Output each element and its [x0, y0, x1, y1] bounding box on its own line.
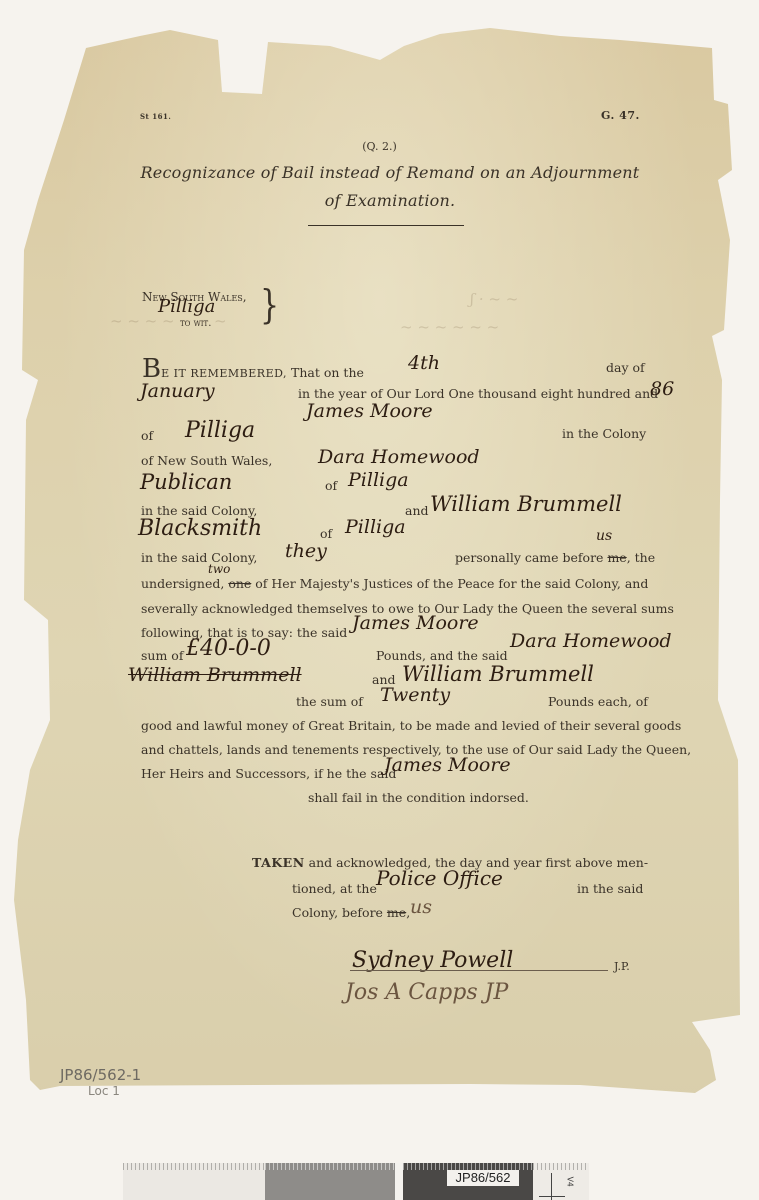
in-the-colony: in the Colony: [562, 428, 646, 441]
heirs-name-handwritten: James Moore: [384, 754, 511, 776]
taken-line3: Colony, before me,: [292, 907, 410, 920]
day-of-label: day of: [606, 362, 645, 375]
office-handwritten: Police Office: [376, 866, 503, 890]
form-code-left: St 161.: [140, 112, 171, 121]
signature-line: [350, 970, 608, 971]
justices-text: undersigned, one of Her Majesty's Justic…: [141, 578, 648, 591]
taken-line2-b: in the said: [577, 883, 643, 896]
principal-name-handwritten: James Moore: [306, 400, 433, 422]
form-title-line2: of Examination.: [110, 191, 670, 210]
venue-to-wit: to wit.: [180, 318, 211, 329]
of-label-3: of: [320, 528, 332, 541]
ruler-label: JP86/562: [447, 1170, 519, 1186]
personally-came-text: personally came before me, the: [455, 552, 655, 565]
two-insert-handwritten: two: [208, 562, 230, 576]
struck-name-handwritten: William Brummell: [128, 664, 302, 686]
surety1-occupation-handwritten: Publican: [140, 470, 232, 494]
pencil-reference-2: Loc 1: [88, 1084, 120, 1098]
sum-of-label: sum of: [141, 650, 183, 663]
month-handwritten: January: [140, 380, 215, 402]
of-label: of: [141, 430, 153, 443]
form-number: (Q. 2.): [0, 140, 759, 153]
pounds-and-said: Pounds, and the said: [376, 650, 508, 663]
surety2-occupation-handwritten: Blacksmith: [138, 516, 262, 541]
bleed-through-text: ~ ~ ~ ~ ~ ~: [400, 318, 499, 336]
surety1-name-handwritten: Dara Homewood: [318, 446, 480, 468]
surety1-name2-handwritten: Dara Homewood: [510, 630, 672, 652]
principal-sum-handwritten: £40-0-0: [186, 636, 271, 661]
pounds-each: Pounds each, of: [548, 696, 648, 709]
us-insert-handwritten: us: [596, 528, 612, 544]
surety2-name-handwritten: William Brummell: [430, 492, 622, 516]
surety2-place-handwritten: Pilliga: [345, 516, 406, 538]
year-text: in the year of Our Lord One thousand eig…: [298, 388, 658, 401]
ruler-mark: V4: [565, 1177, 574, 1187]
the-sum-of-label: the sum of: [296, 696, 363, 709]
and-label: and: [405, 505, 429, 518]
principal-place-handwritten: Pilliga: [185, 418, 255, 443]
they-handwritten: they: [285, 540, 327, 562]
following-name-handwritten: James Moore: [352, 612, 479, 634]
venue-place-handwritten: Pilliga: [158, 296, 215, 317]
of-label-2: of: [325, 480, 337, 493]
us-handwritten: us: [410, 896, 432, 918]
form-code-right: G. 47.: [601, 109, 640, 122]
fail-condition-text: shall fail in the condition indorsed.: [308, 792, 529, 805]
be-it-remembered: Be it remembered, That on the: [142, 356, 364, 382]
title-divider: [308, 225, 464, 226]
in-said-colony-2: in the said Colony,: [141, 552, 257, 565]
year-handwritten: 86: [650, 378, 674, 400]
scale-ruler: JP86/562 V4: [123, 1163, 589, 1200]
surety-sum-handwritten: Twenty: [380, 684, 450, 706]
taken-line2-a: tioned, at the: [292, 883, 377, 896]
form-title-line1: Recognizance of Bail instead of Remand o…: [110, 163, 670, 182]
surety2-name2-handwritten: William Brummell: [402, 662, 594, 686]
day-handwritten: 4th: [408, 352, 440, 374]
jp-label: J.P.: [614, 961, 630, 972]
heirs-text: Her Heirs and Successors, if he the said: [141, 768, 396, 781]
bleed-through-text: ʃ · ~ ~: [470, 290, 518, 308]
surety1-place-handwritten: Pilliga: [348, 469, 409, 491]
good-lawful-text: good and lawful money of Great Britain, …: [141, 720, 681, 733]
signature-2: Jos A Capps JP: [345, 980, 508, 1005]
of-nsw: of New South Wales,: [141, 455, 272, 468]
venue-brace: }: [260, 283, 279, 329]
pencil-reference-1: JP86/562-1: [60, 1066, 141, 1084]
